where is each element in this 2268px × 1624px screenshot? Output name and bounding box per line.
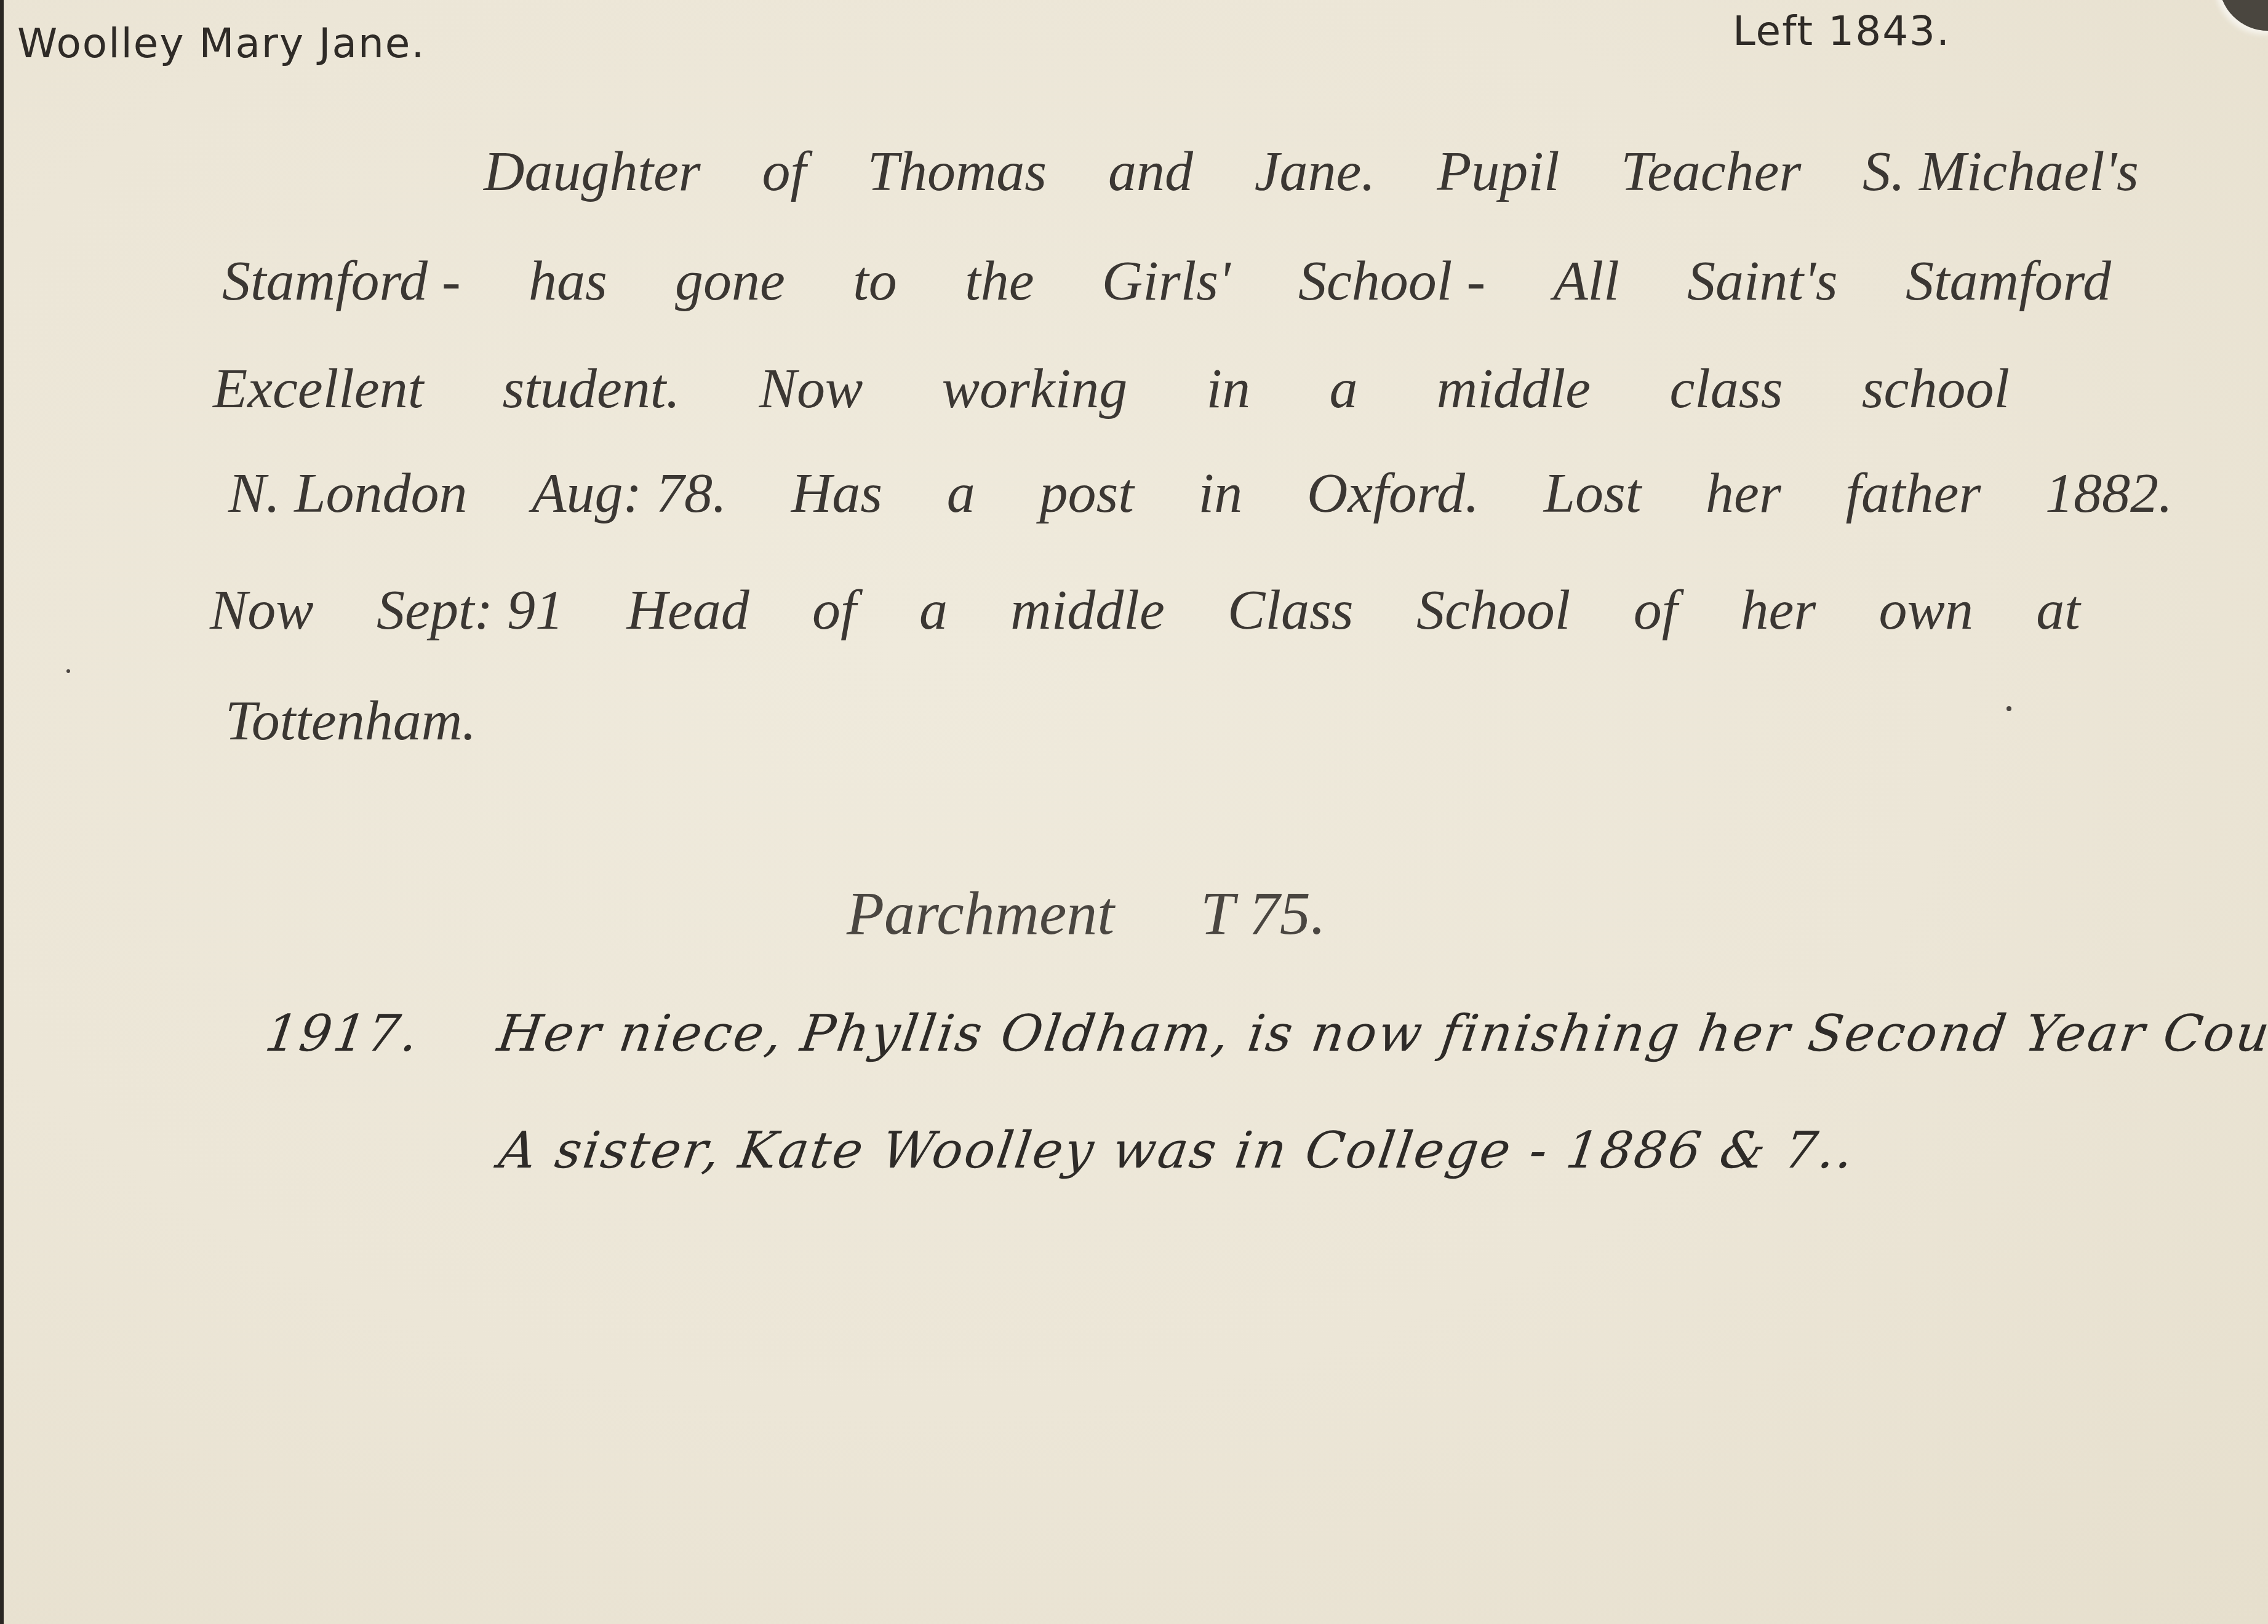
word: Thomas: [868, 143, 1047, 199]
word: the: [965, 252, 1034, 309]
body-line-4: N. London Aug: 78. Has a post in Oxford.…: [228, 464, 2173, 521]
certificate-line: Parchment T 75.: [847, 883, 1326, 944]
word: Stamford -: [222, 252, 461, 309]
word: post: [1040, 464, 1134, 521]
word: her: [1706, 464, 1781, 521]
word: middle: [1010, 581, 1164, 638]
certificate-label: Parchment: [847, 879, 1114, 947]
word: Now: [210, 581, 314, 638]
body-line-2: Stamford - has gone to the Girls' School…: [222, 252, 2111, 309]
word: 1882.: [2045, 464, 2173, 521]
left-year: Left 1843.: [1733, 11, 1951, 52]
word: Sept: 91: [377, 581, 564, 638]
note-text: Her niece, Phyllis Oldham, is now finish…: [494, 1005, 2268, 1063]
word: working: [942, 360, 1128, 416]
word: School -: [1298, 252, 1485, 309]
ink-speck: [66, 669, 70, 673]
word: gone: [675, 252, 785, 309]
certificate-value: T 75.: [1200, 879, 1326, 947]
note-text: A sister, Kate Woolley was in College - …: [495, 1121, 1859, 1180]
word: in: [1207, 360, 1251, 416]
word: Teacher: [1621, 143, 1801, 199]
word: class: [1669, 360, 1783, 416]
word: school: [1862, 360, 2010, 416]
body-line-1: Daughter of Thomas and Jane. Pupil Teach…: [484, 143, 2139, 199]
word: father: [1845, 464, 1981, 521]
body-line-6: Tottenham.: [225, 692, 476, 749]
word: Pupil: [1437, 143, 1559, 199]
note-line-1: 1917. Her niece, Phyllis Oldham, is now …: [262, 1009, 2268, 1059]
word: Tottenham.: [225, 692, 476, 749]
word: a: [919, 581, 948, 638]
word: a: [1329, 360, 1357, 416]
word: her: [1741, 581, 1816, 638]
ink-speck: [2006, 706, 2011, 711]
word: S. Michael's: [1863, 143, 2139, 199]
word: Class: [1228, 581, 1354, 638]
word: of: [1634, 581, 1678, 638]
word: Now: [759, 360, 863, 416]
word: Excellent: [213, 360, 423, 416]
word: Jane.: [1255, 143, 1376, 199]
word: Oxford.: [1307, 464, 1479, 521]
word: student.: [503, 360, 681, 416]
word: to: [853, 252, 897, 309]
note-year: 1917.: [262, 1005, 423, 1063]
word: of: [762, 143, 806, 199]
word: Daughter: [484, 143, 701, 199]
word: Lost: [1544, 464, 1642, 521]
word: Girls': [1102, 252, 1231, 309]
word: in: [1199, 464, 1243, 521]
word: Head: [626, 581, 749, 638]
word: Aug: 78.: [532, 464, 727, 521]
word: own: [1879, 581, 1973, 638]
word: and: [1108, 143, 1193, 199]
word: Saint's: [1687, 252, 1838, 309]
record-card: Woolley Mary Jane. Left 1843. Daughter o…: [0, 0, 2268, 1624]
word: of: [812, 581, 856, 638]
word: a: [947, 464, 975, 521]
torn-corner: [2219, 0, 2268, 31]
word: at: [2036, 581, 2080, 638]
word: All: [1553, 252, 1619, 309]
body-line-3: Excellent student. Now working in a midd…: [213, 360, 2010, 416]
word: School: [1416, 581, 1570, 638]
note-line-2: A sister, Kate Woolley was in College - …: [496, 1126, 1858, 1176]
body-line-5: Now Sept: 91 Head of a middle Class Scho…: [210, 581, 2080, 638]
word: N. London: [228, 464, 468, 521]
word: has: [529, 252, 607, 309]
word: middle: [1437, 360, 1591, 416]
word: Stamford: [1906, 252, 2111, 309]
student-name: Woolley Mary Jane.: [17, 23, 425, 64]
word: Has: [791, 464, 882, 521]
